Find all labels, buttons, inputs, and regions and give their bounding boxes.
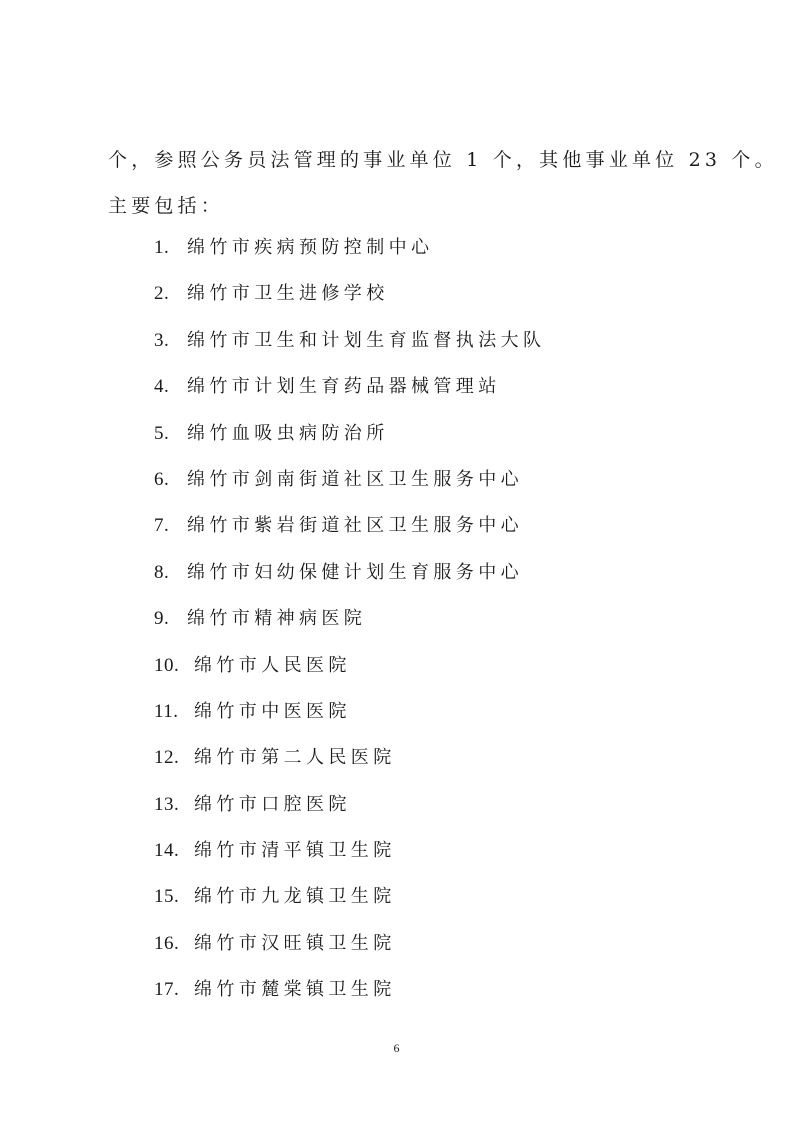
- list-item-number: 15.: [154, 885, 194, 909]
- list-item-number: 13.: [154, 793, 194, 817]
- list-item-text: 绵竹市人民医院: [194, 654, 351, 678]
- list-item: 15. 绵竹市九龙镇卫生院: [154, 885, 545, 931]
- list-item-number: 14.: [154, 839, 194, 863]
- document-page: 个，参照公务员法管理的事业单位 1 个，其他事业单位 23 个。 主要包括： 1…: [0, 0, 793, 1122]
- list-item: 1. 绵竹市疾病预防控制中心: [154, 236, 545, 282]
- list-item-number: 4.: [154, 375, 187, 399]
- paragraph-line-2: 主要包括：: [108, 194, 224, 218]
- list-item-number: 3.: [154, 329, 187, 353]
- list-item: 7. 绵竹市紫岩街道社区卫生服务中心: [154, 514, 545, 560]
- list-item-text: 绵竹市卫生进修学校: [187, 282, 389, 306]
- list-item-text: 绵竹市中医医院: [194, 700, 351, 724]
- list-item: 2. 绵竹市卫生进修学校: [154, 282, 545, 328]
- list-item: 12. 绵竹市第二人民医院: [154, 746, 545, 792]
- list-item-text: 绵竹市汉旺镇卫生院: [194, 932, 396, 956]
- list-item-text: 绵竹市麓棠镇卫生院: [194, 978, 396, 1002]
- institution-list: 1. 绵竹市疾病预防控制中心 2. 绵竹市卫生进修学校 3. 绵竹市卫生和计划生…: [154, 236, 545, 1025]
- list-item-text: 绵竹市精神病医院: [187, 607, 366, 631]
- list-item-text: 绵竹市妇幼保健计划生育服务中心: [187, 561, 523, 585]
- list-item-number: 10.: [154, 654, 194, 678]
- list-item: 6. 绵竹市剑南街道社区卫生服务中心: [154, 468, 545, 514]
- list-item: 14. 绵竹市清平镇卫生院: [154, 839, 545, 885]
- list-item-number: 8.: [154, 561, 187, 585]
- list-item: 13. 绵竹市口腔医院: [154, 793, 545, 839]
- list-item: 8. 绵竹市妇幼保健计划生育服务中心: [154, 561, 545, 607]
- list-item: 3. 绵竹市卫生和计划生育监督执法大队: [154, 329, 545, 375]
- page-number: 6: [0, 1041, 793, 1056]
- list-item: 5. 绵竹血吸虫病防治所: [154, 422, 545, 468]
- list-item-number: 17.: [154, 978, 194, 1002]
- list-item-number: 2.: [154, 282, 187, 306]
- list-item: 10. 绵竹市人民医院: [154, 654, 545, 700]
- list-item-text: 绵竹市清平镇卫生院: [194, 839, 396, 863]
- list-item: 11. 绵竹市中医医院: [154, 700, 545, 746]
- list-item-number: 5.: [154, 422, 187, 446]
- list-item-number: 9.: [154, 607, 187, 631]
- list-item: 17. 绵竹市麓棠镇卫生院: [154, 978, 545, 1024]
- paragraph-line-1: 个，参照公务员法管理的事业单位 1 个，其他事业单位 23 个。: [108, 148, 778, 172]
- list-item-number: 6.: [154, 468, 187, 492]
- list-item-number: 16.: [154, 932, 194, 956]
- list-item: 4. 绵竹市计划生育药品器械管理站: [154, 375, 545, 421]
- list-item-text: 绵竹市紫岩街道社区卫生服务中心: [187, 514, 523, 538]
- list-item-number: 1.: [154, 236, 187, 260]
- list-item-text: 绵竹市剑南街道社区卫生服务中心: [187, 468, 523, 492]
- list-item-text: 绵竹市九龙镇卫生院: [194, 885, 396, 909]
- list-item: 9. 绵竹市精神病医院: [154, 607, 545, 653]
- list-item: 16. 绵竹市汉旺镇卫生院: [154, 932, 545, 978]
- list-item-text: 绵竹市卫生和计划生育监督执法大队: [187, 329, 545, 353]
- list-item-text: 绵竹市口腔医院: [194, 793, 351, 817]
- list-item-number: 12.: [154, 746, 194, 770]
- list-item-text: 绵竹市计划生育药品器械管理站: [187, 375, 501, 399]
- list-item-text: 绵竹市第二人民医院: [194, 746, 396, 770]
- list-item-text: 绵竹血吸虫病防治所: [187, 422, 389, 446]
- list-item-number: 7.: [154, 514, 187, 538]
- list-item-text: 绵竹市疾病预防控制中心: [187, 236, 433, 260]
- list-item-number: 11.: [154, 700, 194, 724]
